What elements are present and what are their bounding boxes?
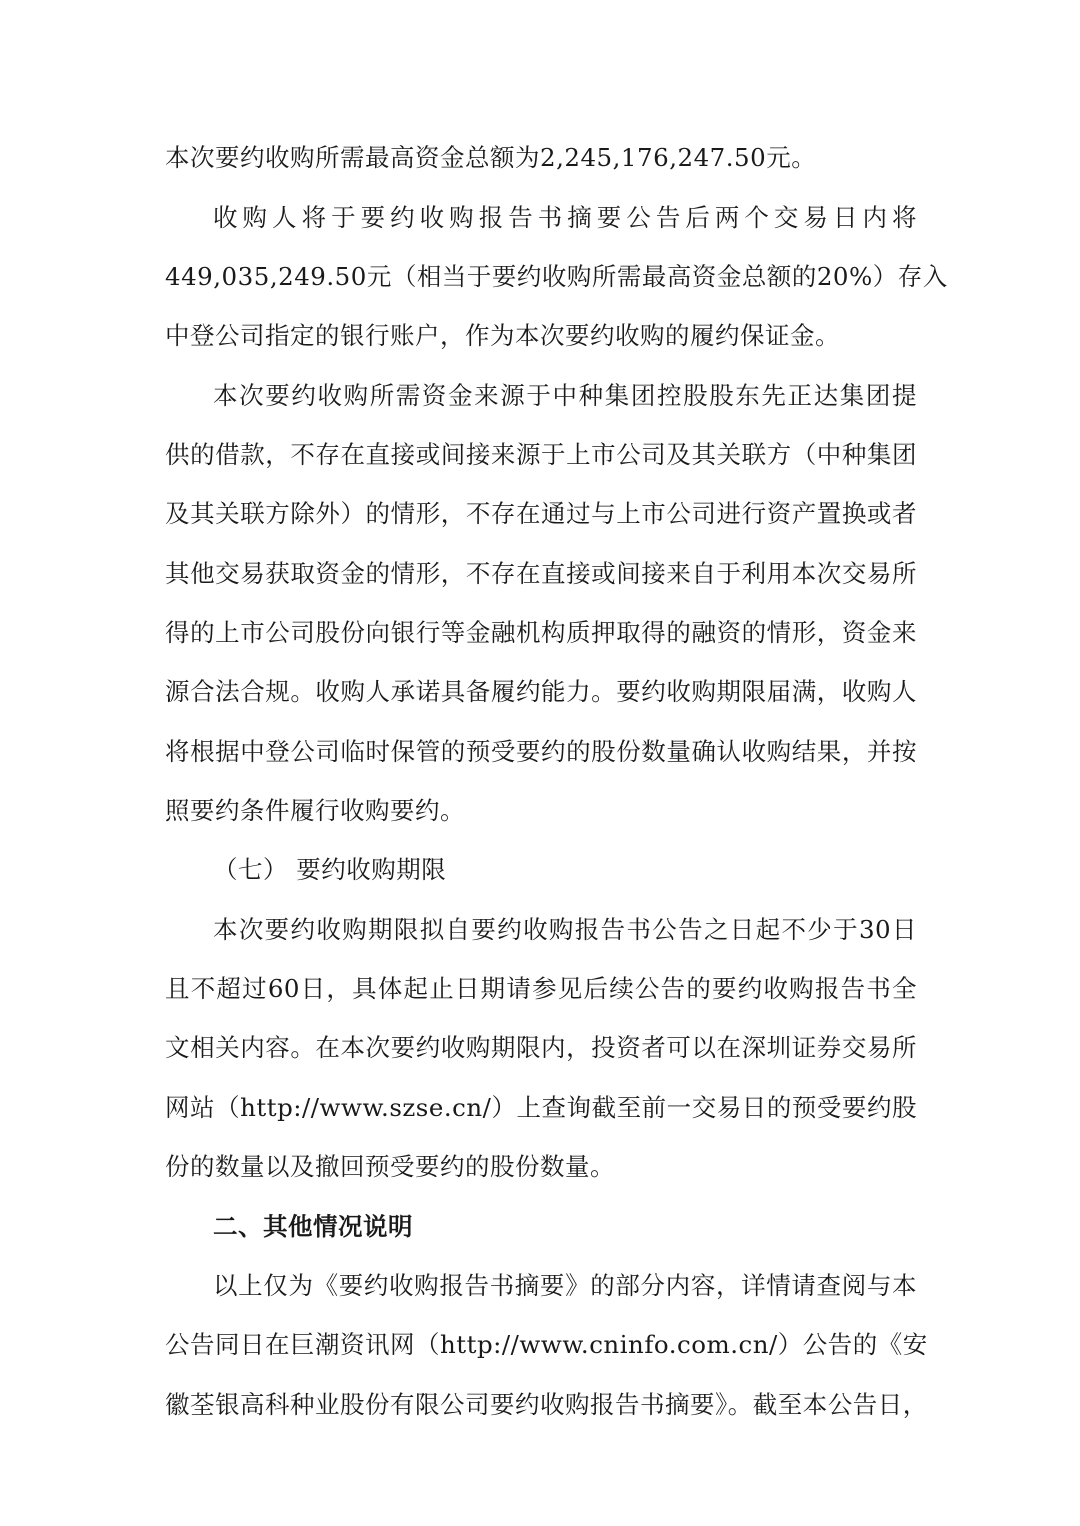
text-line: 公告同日在巨潮资讯网（http://www.cninfo.com.cn/）公告的…	[165, 1330, 917, 1360]
text-line: 徽荃银高科种业股份有限公司要约收购报告书摘要》。截至本公告日，	[165, 1390, 917, 1420]
section-heading: 二、其他情况说明	[213, 1212, 965, 1242]
text-line: 文相关内容。在本次要约收购期限内，投资者可以在深圳证券交易所	[165, 1033, 917, 1063]
text-line: 以上仅为《要约收购报告书摘要》的部分内容，详情请查阅与本	[213, 1271, 917, 1301]
text-line: 449,035,249.50元（相当于要约收购所需最高资金总额的20%）存入	[165, 262, 917, 292]
text-line: 供的借款，不存在直接或间接来源于上市公司及其关联方（中种集团	[165, 440, 917, 470]
text-line: 及其关联方除外）的情形，不存在通过与上市公司进行资产置换或者	[165, 499, 917, 529]
text-line: 且不超过60日，具体起止日期请参见后续公告的要约收购报告书全	[165, 974, 917, 1004]
text-line: 网站（http://www.szse.cn/）上查询截至前一交易日的预受要约股	[165, 1093, 917, 1123]
document-page: 本次要约收购所需最高资金总额为2,245,176,247.50元。 收购人将于要…	[0, 0, 1080, 1526]
text-line: 照要约条件履行收购要约。	[165, 796, 917, 826]
text-line: 中登公司指定的银行账户，作为本次要约收购的履约保证金。	[165, 321, 917, 351]
text-line: 收购人将于要约收购报告书摘要公告后两个交易日内将	[213, 203, 917, 233]
text-line: 其他交易获取资金的情形，不存在直接或间接来自于利用本次交易所	[165, 559, 917, 589]
text-line: 将根据中登公司临时保管的预受要约的股份数量确认收购结果，并按	[165, 737, 917, 767]
text-line: 份的数量以及撤回预受要约的股份数量。	[165, 1152, 917, 1182]
section-subheading: （七） 要约收购期限	[213, 855, 965, 885]
text-line: 本次要约收购所需资金来源于中种集团控股股东先正达集团提	[213, 381, 917, 411]
text-line: 源合法合规。收购人承诺具备履约能力。要约收购期限届满，收购人	[165, 677, 917, 707]
text-line: 得的上市公司股份向银行等金融机构质押取得的融资的情形，资金来	[165, 618, 917, 648]
text-line: 本次要约收购期限拟自要约收购报告书公告之日起不少于30日	[213, 915, 917, 945]
text-line: 本次要约收购所需最高资金总额为2,245,176,247.50元。	[165, 143, 917, 173]
